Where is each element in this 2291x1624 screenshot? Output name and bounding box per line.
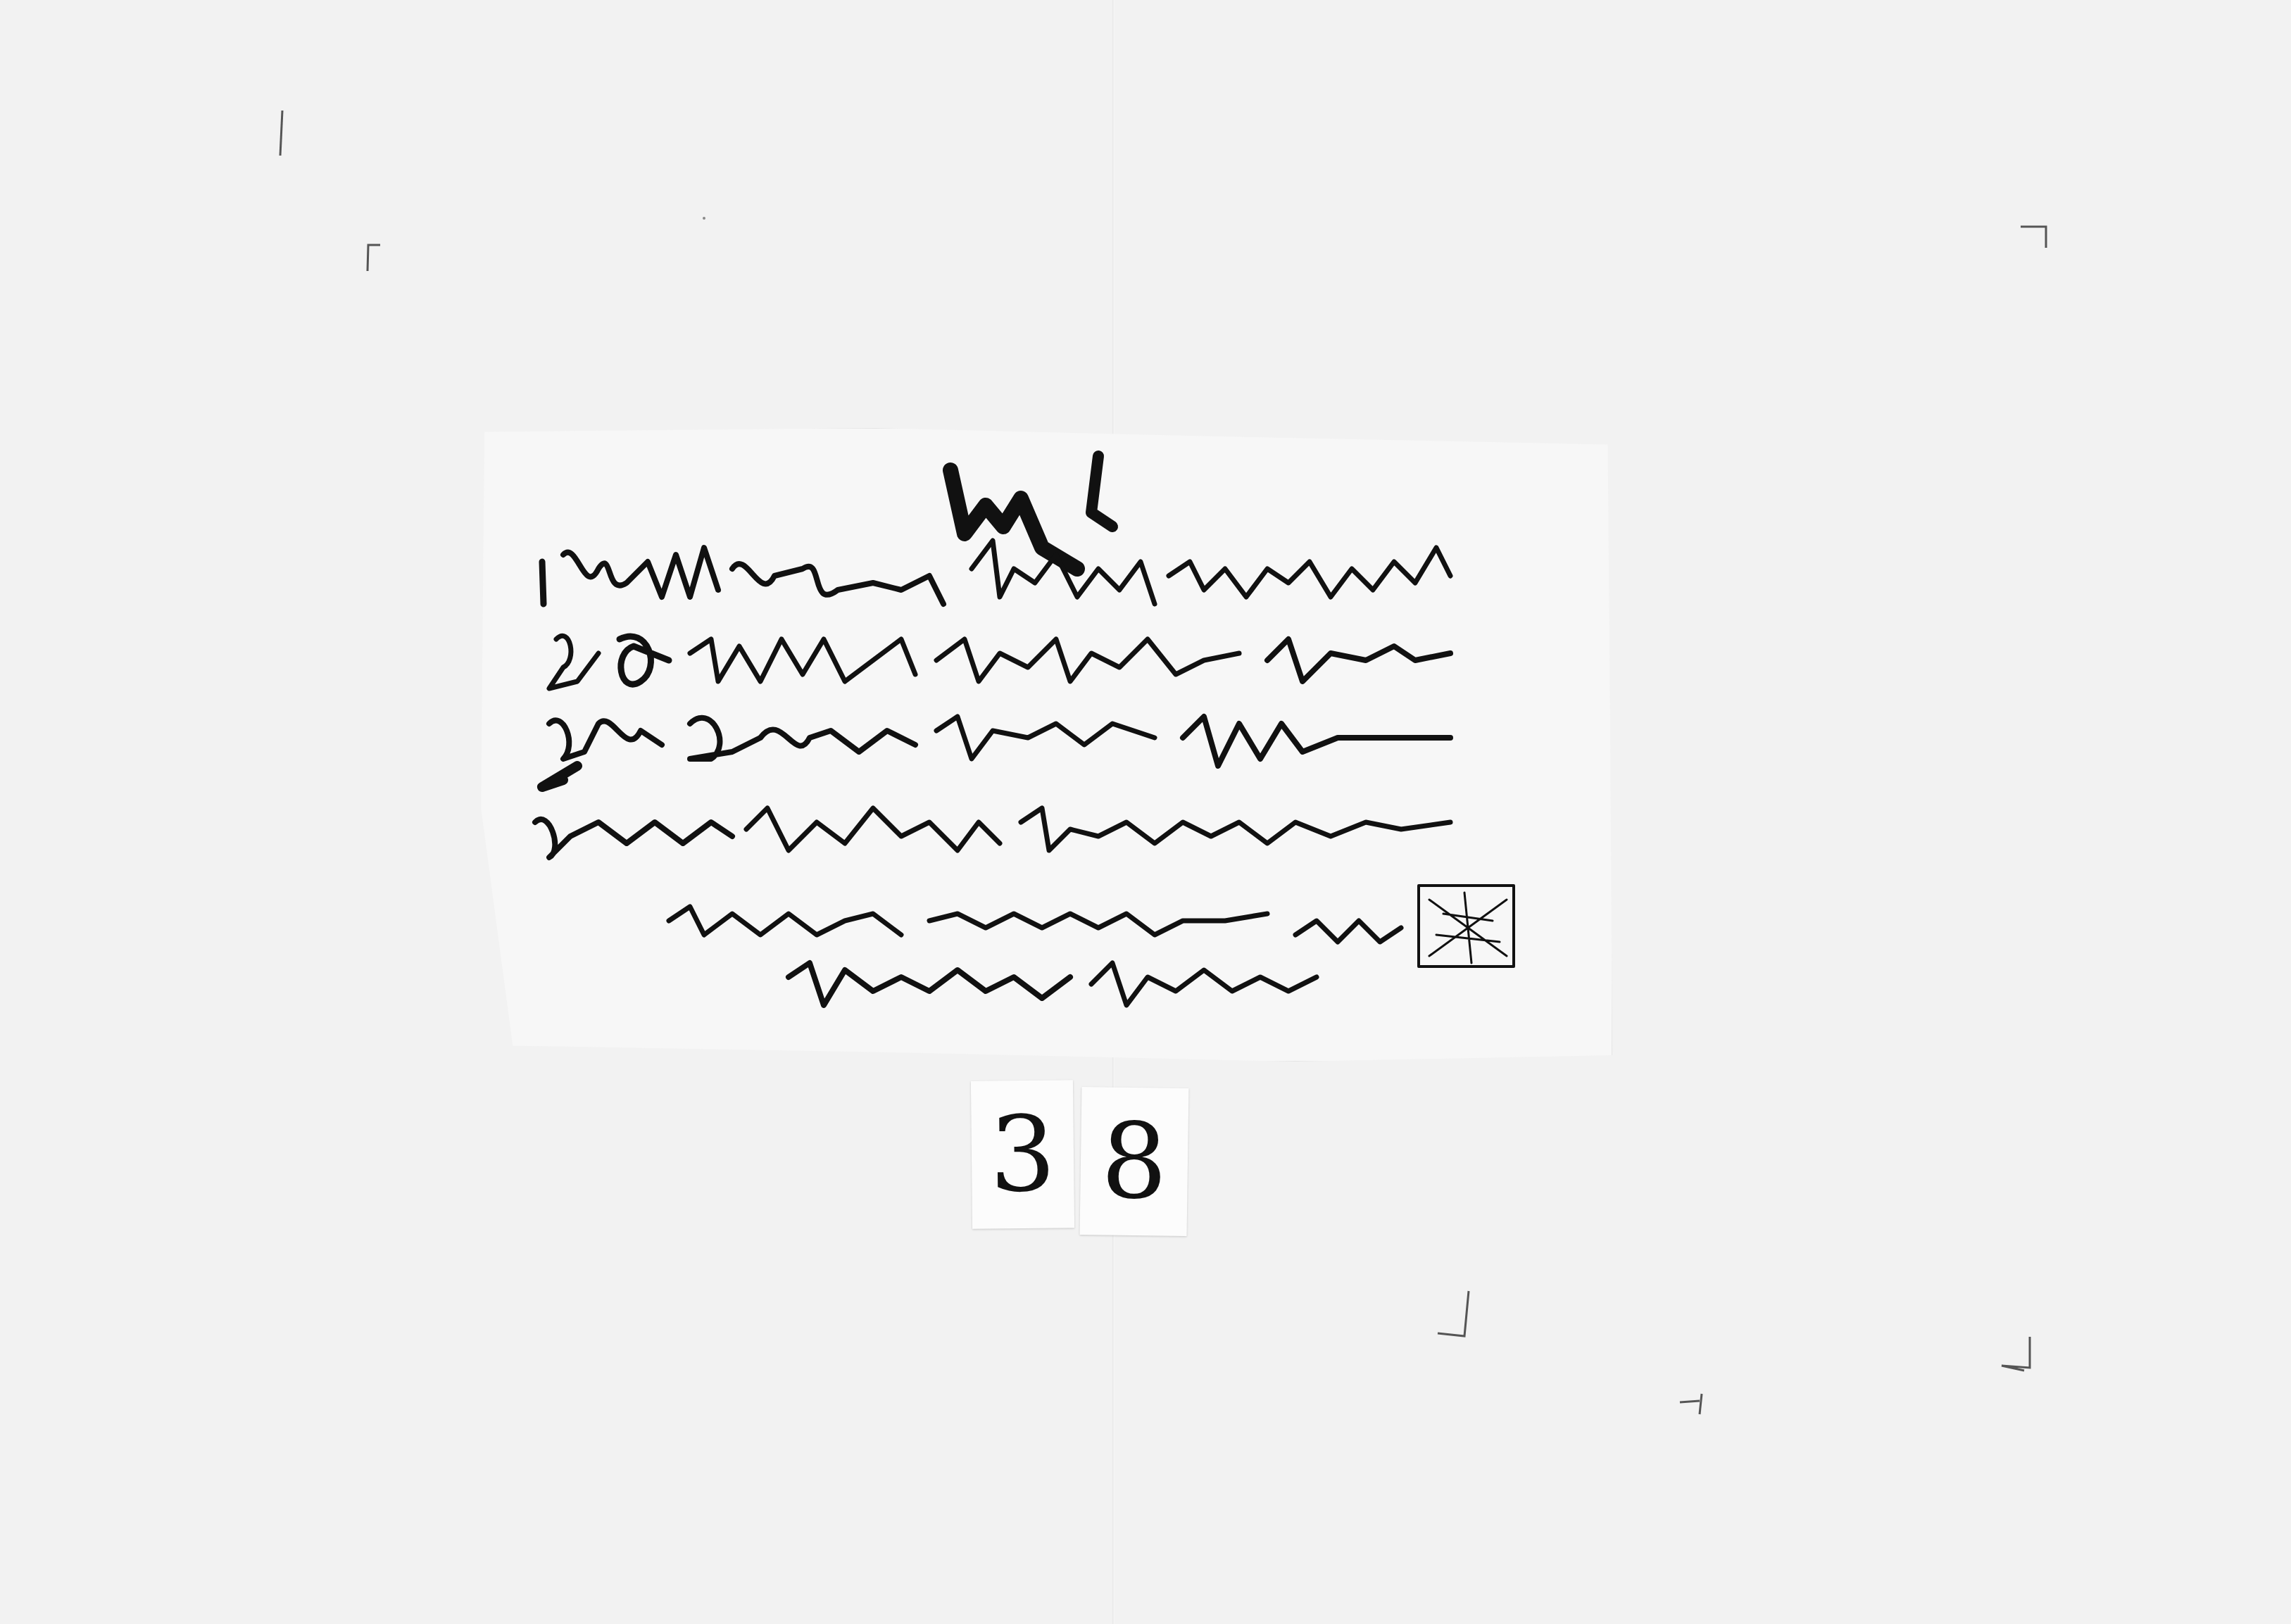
- number-tag-digit-2: 8: [1080, 1087, 1189, 1236]
- tag-digit-3: 3: [989, 1094, 1057, 1216]
- crop-mark-top-dot: [701, 215, 710, 225]
- handwritten-ink-strokes: [479, 428, 1612, 1062]
- number-tag-digit-1: 3: [971, 1080, 1074, 1229]
- crop-mark-top-left-line: [278, 109, 285, 158]
- tag-digit-8: 8: [1100, 1100, 1169, 1222]
- crop-mark-bottom-tick: [1678, 1392, 1707, 1416]
- manuscript-transcription: Handwritten cursive script not legible f…: [479, 428, 479, 429]
- crop-mark-top-left-corner: [366, 243, 383, 272]
- crop-mark-bottom-center-corner: [1436, 1290, 1471, 1340]
- manuscript-sheet: Handwritten cursive script not legible f…: [479, 428, 1612, 1062]
- crop-mark-top-right-corner: [2019, 224, 2049, 249]
- crop-mark-bottom-right-corner: [2000, 1335, 2032, 1378]
